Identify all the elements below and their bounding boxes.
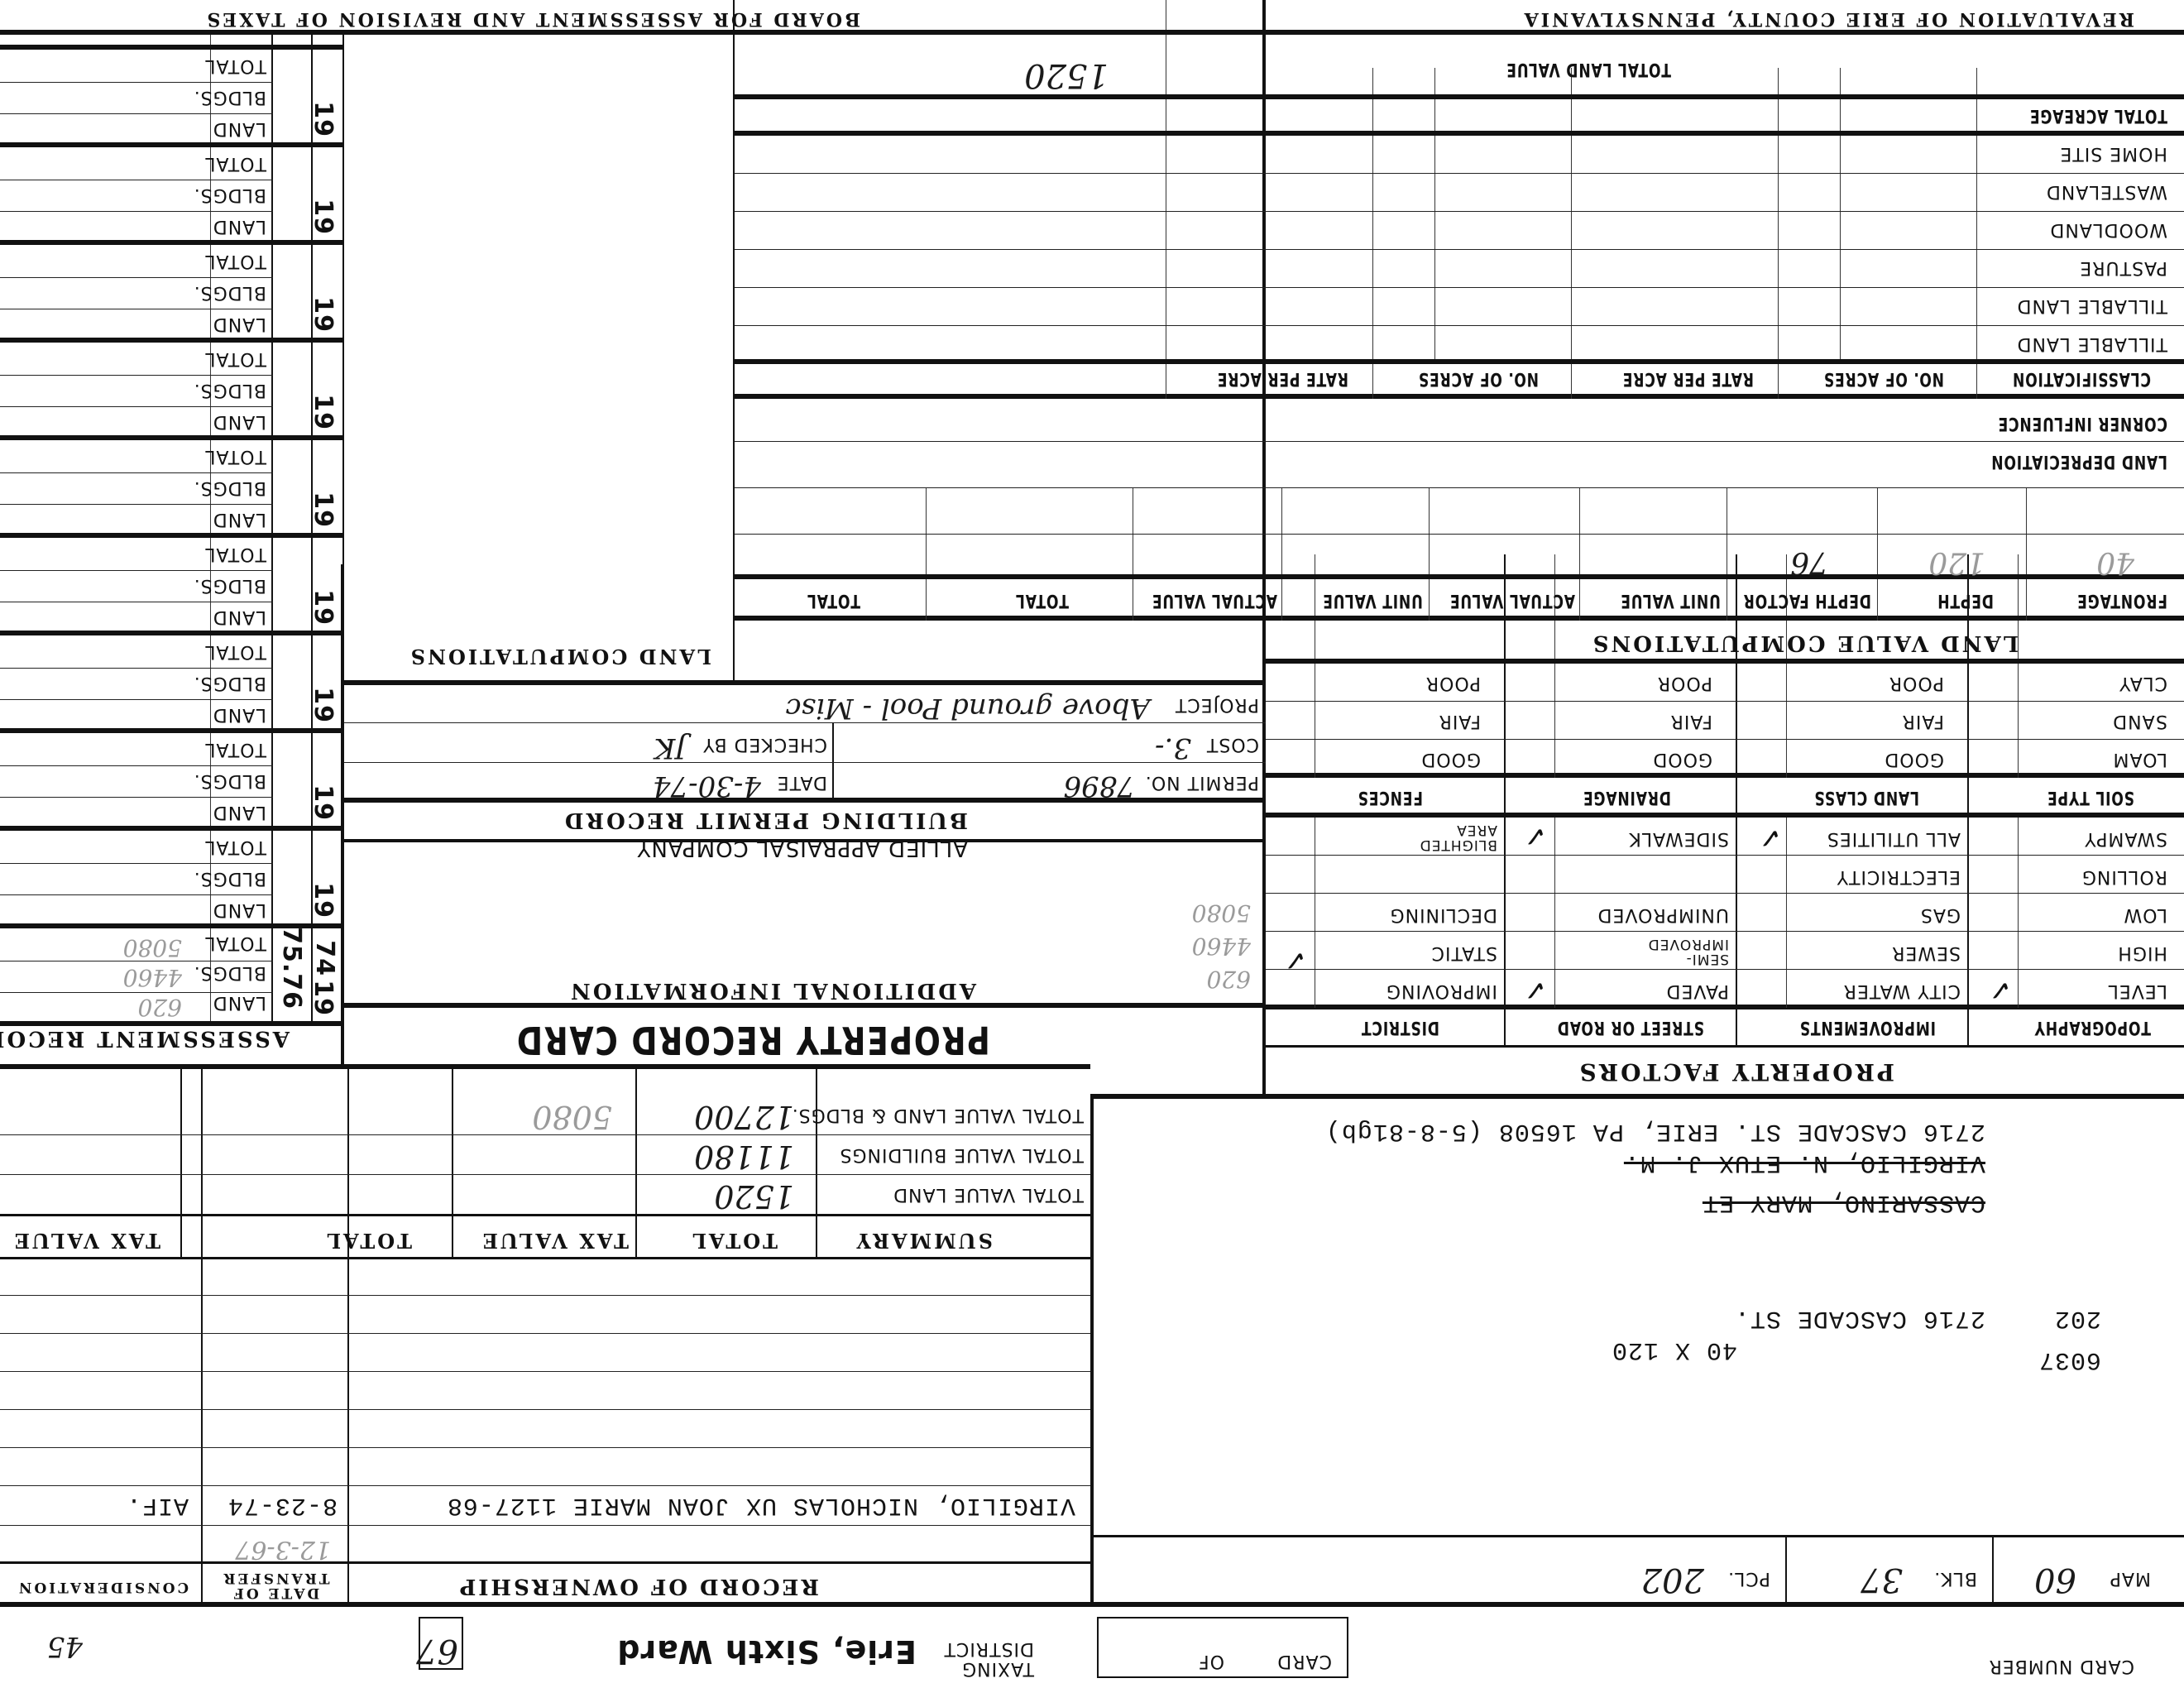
divider xyxy=(0,1257,1090,1259)
checked-by-value: JK xyxy=(654,731,687,765)
lv-header: FRONTAGE xyxy=(2076,590,2167,611)
divider xyxy=(0,180,273,180)
pf-column-header: IMPROVEMENTS xyxy=(1799,1017,1936,1038)
summary-total: 12700 xyxy=(694,1099,794,1135)
assessment-year-prefix: 19 xyxy=(309,101,338,137)
pf-improvements-electricity: ELECTRICITY xyxy=(1837,866,1961,887)
assessment-year-prefix: 19 xyxy=(309,589,338,626)
assessment-label: TOTAL xyxy=(204,251,266,271)
summary-total: 11180 xyxy=(694,1139,794,1175)
divider xyxy=(0,82,273,83)
assessment-label: LAND xyxy=(213,607,266,627)
divider xyxy=(0,728,344,733)
check-icon[interactable]: ✓ xyxy=(1524,973,1548,1006)
summary-row-label: TOTAL VALUE LAND xyxy=(893,1184,1084,1205)
divider xyxy=(0,1333,1090,1334)
assessment-label: LAND xyxy=(213,899,266,920)
assessment-year-prefix: 19 xyxy=(309,296,338,333)
project-value: Above ground Pool - Misc xyxy=(786,692,1150,725)
summary-header: TAX VALUE xyxy=(12,1229,160,1253)
divider xyxy=(344,1003,1266,1008)
divider xyxy=(1429,488,1430,621)
divider xyxy=(1133,488,1133,621)
divider xyxy=(733,0,735,621)
assessment-year-prefix: 19 xyxy=(309,784,338,821)
divider xyxy=(0,992,273,993)
pf-street-unimproved: UNIMPROVED xyxy=(1597,904,1729,925)
divider xyxy=(0,1371,1090,1372)
divider xyxy=(0,765,273,766)
acreage-row-label: WOODLAND xyxy=(2049,219,2167,240)
pcl-label: PCL. xyxy=(1727,1568,1770,1589)
pf-street-sidewalk: SIDEWALK xyxy=(1628,828,1729,849)
drainage-good: GOOD xyxy=(1652,749,1712,770)
pf-district-declining: DECLINING xyxy=(1390,904,1497,925)
divider xyxy=(342,35,344,1069)
pf-column-header: SOIL TYPE xyxy=(2047,787,2134,808)
divider xyxy=(0,1174,1090,1175)
land-class-good: GOOD xyxy=(1884,749,1944,770)
assessment-label: TOTAL xyxy=(204,641,266,662)
divider xyxy=(1094,1535,2184,1537)
assessment-label: BLDGS. xyxy=(194,185,266,205)
pf-topography-level: LEVEL xyxy=(2108,981,2167,1001)
pf-improvements-gas: GAS xyxy=(1920,904,1961,925)
divider xyxy=(1266,969,2184,970)
soil-loam: LOAM xyxy=(2113,749,2167,770)
assessment-label: LAND xyxy=(213,802,266,822)
divider xyxy=(1266,893,2184,894)
acreage-header: NO. OF ACRES xyxy=(1823,368,1944,389)
divider xyxy=(735,211,2184,212)
additional-note: 620 xyxy=(1207,966,1251,993)
divider xyxy=(635,1069,637,1259)
summary-header: TAX VALUE xyxy=(481,1229,629,1253)
pcl-value: 202 xyxy=(1641,1561,1704,1599)
assessment-label: BLDGS. xyxy=(194,282,266,303)
parcel-number: 202 xyxy=(2054,1304,2101,1332)
divider xyxy=(344,762,1266,763)
divider xyxy=(1785,1537,1787,1607)
divider xyxy=(0,1214,1090,1216)
acreage-row-label: PASTURE xyxy=(2079,257,2167,278)
land-computations-label: LAND COMPUTATIONS xyxy=(409,645,711,669)
check-icon[interactable]: ✓ xyxy=(1284,943,1308,976)
date-value: 4-30-74 xyxy=(653,770,761,803)
assessment-label: TOTAL xyxy=(204,544,266,564)
divider xyxy=(926,488,927,621)
divider xyxy=(1372,68,1373,399)
divider xyxy=(0,240,344,245)
divider xyxy=(1262,0,1266,1099)
assessment-year: 74 xyxy=(310,940,339,976)
divider xyxy=(735,394,2184,399)
date-label: DATE xyxy=(777,772,827,793)
property-record-card-title: PROPERTY RECORD CARD xyxy=(515,1018,990,1062)
assessment-label: LAND xyxy=(213,704,266,725)
project-label: PROJECT xyxy=(1175,694,1259,715)
board-title: BOARD FOR ASSESSMENT AND REVISION OF TAX… xyxy=(204,8,860,30)
acreage-header: CLASSIFICATION xyxy=(2012,368,2151,389)
lv-header: TOTAL xyxy=(807,590,860,611)
total-land-value-label: TOTAL LAND VALUE xyxy=(1506,59,1671,79)
divider xyxy=(0,699,273,700)
assessment-label: TOTAL xyxy=(204,837,266,857)
assessment-total-label: TOTAL xyxy=(204,933,266,953)
fences-good: GOOD xyxy=(1420,749,1481,770)
divider xyxy=(0,602,273,602)
divider xyxy=(735,325,2184,326)
divider xyxy=(344,680,1266,685)
assessment-label: TOTAL xyxy=(204,446,266,467)
assessment-label: LAND xyxy=(213,509,266,530)
divider xyxy=(1727,488,1727,621)
summary-row-label: TOTAL VALUE BUILDINGS xyxy=(840,1144,1084,1165)
check-icon[interactable]: ✓ xyxy=(1989,973,2013,1006)
lv-depth: 120 xyxy=(1928,545,1985,579)
assessment-label: LAND xyxy=(213,314,266,334)
checked-by-label: CHECKED BY xyxy=(702,734,827,755)
divider xyxy=(1266,659,2184,664)
pf-street-paved: PAVED xyxy=(1666,981,1729,1001)
divider xyxy=(735,131,2184,136)
divider xyxy=(271,35,273,1026)
divider xyxy=(1579,488,1580,621)
assessment-label: BLDGS. xyxy=(194,868,266,889)
divider xyxy=(1434,68,1435,364)
divider xyxy=(735,287,2184,288)
property-factors-title: PROPERTY FACTORS xyxy=(1578,1058,1894,1086)
divider xyxy=(1315,818,1315,1008)
assessment-year-prefix: 19 xyxy=(309,492,338,528)
owner-line: 2716 CASCADE ST. ERIE, PA 16508 (5-8-81g… xyxy=(1325,1117,1985,1145)
divider xyxy=(735,94,2184,99)
blk-value: 37 xyxy=(1861,1561,1903,1599)
pf-column-header: DISTRICT xyxy=(1361,1017,1439,1038)
boxed-number-value: 67 xyxy=(416,1632,458,1670)
acreage-row-label: WASTELAND xyxy=(2046,181,2167,202)
divider xyxy=(832,723,834,803)
divider xyxy=(1504,554,1506,1048)
acreage-header: RATE PER ACRE xyxy=(1217,368,1348,389)
additional-note: 5080 xyxy=(1192,899,1251,927)
divider xyxy=(1266,1045,2184,1048)
land-value-title: LAND VALUE COMPUTATIONS xyxy=(1591,631,2019,655)
divider xyxy=(0,797,273,798)
assessment-land-label: LAND xyxy=(213,992,266,1013)
divider xyxy=(0,435,344,440)
soil-clay: CLAY xyxy=(2119,673,2167,693)
divider xyxy=(1266,813,2184,818)
pf-column-header: LAND CLASS xyxy=(1814,787,1919,808)
divider xyxy=(816,1069,817,1259)
fences-fair: FAIR xyxy=(1439,711,1481,731)
divider xyxy=(347,1069,349,1607)
divider xyxy=(0,113,273,114)
lv-header: DEPTH FACTOR xyxy=(1743,590,1871,611)
divider xyxy=(0,375,273,376)
assessment-label: BLDGS. xyxy=(194,380,266,400)
divider xyxy=(735,249,2184,250)
total-land-value: 1520 xyxy=(1024,56,1109,94)
pf-column-header: FENCES xyxy=(1358,787,1423,808)
divider xyxy=(1090,1098,1094,1607)
consideration-header: CONSIDERATION xyxy=(17,1579,189,1595)
divider xyxy=(1266,855,2184,856)
blk-label: BLK. xyxy=(1933,1568,1977,1589)
divider xyxy=(1266,931,2184,932)
divider xyxy=(1786,554,1787,778)
divider xyxy=(1554,554,1555,778)
divider xyxy=(0,1525,1090,1526)
divider xyxy=(735,487,2184,488)
pf-column-header: TOPOGRAPHY xyxy=(2034,1017,2151,1038)
pf-street-semi-improved: SEMI-IMPROVED xyxy=(1630,937,1729,966)
drainage-poor: POOR xyxy=(1657,673,1712,693)
owner-line: VIRGILIO, N. ETUX J. M. xyxy=(1624,1149,1985,1177)
divider xyxy=(1090,1094,2184,1099)
divider xyxy=(1976,68,1977,399)
divider xyxy=(0,533,344,538)
acreage-row-label: HOME SITE xyxy=(2059,143,2167,164)
divider xyxy=(1571,68,1572,399)
assessment-label: LAND xyxy=(213,411,266,432)
divider xyxy=(0,570,273,571)
divider xyxy=(1786,818,1787,1008)
assessment-label: BLDGS. xyxy=(194,87,266,108)
transfer-date: 8-23-74 xyxy=(227,1491,338,1519)
taxing-district-label: TAXING DISTRICT xyxy=(927,1638,1034,1678)
divider xyxy=(1266,773,2184,778)
additional-info-title: ADDITIONAL INFORMATION xyxy=(568,978,976,1003)
assessment-rate: 75.76 xyxy=(277,927,306,1009)
divider xyxy=(0,668,273,669)
assessment-year-prefix: 19 xyxy=(309,980,338,1016)
assessment-land-value: 620 xyxy=(138,994,182,1021)
assessment-bldgs-value: 4460 xyxy=(123,964,182,991)
pf-district-static: STATIC xyxy=(1431,942,1497,963)
divider xyxy=(0,1021,344,1026)
divider xyxy=(0,30,2184,35)
pf-district-blighted-area: BLIGHTED AREA xyxy=(1406,822,1497,852)
consideration-value: AIF. xyxy=(126,1491,189,1519)
pf-improvements-all-utilities: ALL UTILITIES xyxy=(1827,828,1961,849)
lv-header: DEPTH xyxy=(1937,590,1994,611)
divider xyxy=(735,441,2184,442)
card-number-label: CARD NUMBER xyxy=(1989,1655,2134,1676)
assessment-year-prefix: 19 xyxy=(309,394,338,430)
assessment-label: TOTAL xyxy=(204,739,266,760)
corner-mark: 45 xyxy=(47,1630,83,1663)
land-class-poor: POOR xyxy=(1889,673,1944,693)
divider xyxy=(0,863,273,864)
pf-topography-low: LOW xyxy=(2123,904,2167,925)
fences-poor: POOR xyxy=(1425,673,1481,693)
divider xyxy=(0,472,273,473)
divider xyxy=(0,142,344,147)
pf-topography-high: HIGH xyxy=(2117,942,2167,963)
acreage-row-label: TILLABLE LAND xyxy=(2017,333,2167,354)
map-label: MAP xyxy=(2110,1568,2151,1589)
divider xyxy=(735,173,2184,174)
lv-header: UNIT VALUE xyxy=(1620,590,1721,611)
divider xyxy=(1166,0,1166,399)
pf-district-improving: IMPROVING xyxy=(1386,981,1497,1001)
lv-depth-factor: 76 xyxy=(1790,545,1828,579)
lv-frontage: 40 xyxy=(2096,545,2134,579)
pf-topography-swampy: SWAMPY xyxy=(2084,828,2167,849)
divider xyxy=(0,211,273,212)
divider xyxy=(733,619,735,685)
divider xyxy=(735,359,2184,364)
divider xyxy=(1315,554,1315,778)
corner-influence-label: CORNER INFLUENCE xyxy=(1998,413,2167,434)
lv-header: ACTUAL VALUE xyxy=(1449,590,1575,611)
assessment-label: BLDGS. xyxy=(194,477,266,498)
assessment-label: BLDGS. xyxy=(194,575,266,596)
owner-record: VIRGILIO, NICHOLAS UX JOAN MARIE 1127-68 xyxy=(447,1491,1075,1519)
property-record-card: CARD NUMBER CARD OF TAXING DISTRICT Erie… xyxy=(0,0,2184,1688)
cost-label: COST xyxy=(1206,734,1259,755)
owner-line: CASSARINO, MARY ET xyxy=(1703,1188,1985,1216)
divider xyxy=(0,309,273,309)
total-acreage-label: TOTAL ACREAGE xyxy=(2029,105,2167,126)
divider xyxy=(1778,68,1779,399)
divider xyxy=(0,826,344,831)
assessment-label: TOTAL xyxy=(204,348,266,369)
assessment-label: BLDGS. xyxy=(194,770,266,791)
check-icon[interactable]: ✓ xyxy=(1524,819,1548,852)
divider xyxy=(0,504,273,505)
divider xyxy=(180,1069,182,1259)
summary-total: 1520 xyxy=(714,1178,794,1215)
building-permit-title: BUILDING PERMIT RECORD xyxy=(563,808,968,832)
card-of-card-label: CARD xyxy=(1276,1651,1332,1671)
property-address: 2716 CASCADE ST. xyxy=(1734,1304,1985,1332)
taxing-district-value: Erie, Sixth Ward xyxy=(616,1633,917,1670)
pf-column-header: STREET OR ROAD xyxy=(1557,1017,1704,1038)
summary-header: TOTAL xyxy=(690,1229,778,1253)
soil-sand: SAND xyxy=(2112,711,2167,731)
divider xyxy=(735,534,2184,535)
divider xyxy=(201,1069,203,1607)
divider xyxy=(1967,554,1969,1048)
divider xyxy=(311,35,313,1026)
divider xyxy=(452,1069,453,1259)
assessment-bldgs-label: BLDGS. xyxy=(194,962,266,983)
lv-header: TOTAL xyxy=(1015,590,1069,611)
divider xyxy=(0,923,344,928)
land-class-fair: FAIR xyxy=(1902,711,1944,731)
assessment-label: BLDGS. xyxy=(194,673,266,693)
divider xyxy=(0,338,344,343)
divider xyxy=(0,1409,1090,1410)
divider xyxy=(1266,739,2184,740)
divider xyxy=(2026,488,2027,621)
lv-header: UNIT VALUE xyxy=(1322,590,1423,611)
summary-tax-value: 5080 xyxy=(532,1099,612,1135)
divider xyxy=(0,1064,1090,1069)
assessment-label: TOTAL xyxy=(204,55,266,76)
divider xyxy=(1877,488,1878,621)
pf-improvements-sewer: SEWER xyxy=(1891,942,1961,963)
cost-value: 3.- xyxy=(1155,731,1191,765)
divider xyxy=(2018,554,2019,778)
summary-header: SUMMARY xyxy=(855,1229,993,1253)
divider xyxy=(1840,68,1841,364)
assessment-total-value: 5080 xyxy=(123,934,182,961)
divider xyxy=(0,1447,1090,1448)
lot-dimensions: 40 X 120 xyxy=(1612,1336,1737,1364)
divider xyxy=(1554,818,1555,1008)
divider xyxy=(1992,1537,1994,1607)
permit-no-label: PERMIT NO. xyxy=(1145,772,1259,793)
assessment-year-prefix: 19 xyxy=(309,882,338,918)
assessment-year-prefix: 19 xyxy=(309,199,338,235)
divider xyxy=(735,616,2184,621)
divider xyxy=(0,277,273,278)
summary-row-label: TOTAL VALUE LAND & BLDGS. xyxy=(792,1105,1084,1125)
drainage-fair: FAIR xyxy=(1670,711,1712,731)
pf-improvements-city-water: CITY WATER xyxy=(1843,981,1961,1001)
ownership-title: RECORD OF OWNERSHIP xyxy=(457,1574,819,1599)
acreage-header: RATE PER ACRE xyxy=(1622,368,1754,389)
assessment-year-prefix: 19 xyxy=(309,687,338,723)
acreage-row-label: TILLABLE LAND xyxy=(2017,295,2167,316)
check-icon[interactable]: ✓ xyxy=(1759,821,1783,854)
divider xyxy=(0,1561,1090,1564)
account-number: 6037 xyxy=(2038,1345,2101,1374)
land-depreciation-label: LAND DEPRECIATION xyxy=(1990,451,2167,472)
assessment-label: TOTAL xyxy=(204,153,266,174)
divider xyxy=(1266,701,2184,702)
divider xyxy=(344,839,1266,842)
transfer-date: 12-3-67 xyxy=(235,1535,331,1564)
divider xyxy=(1736,554,1737,1048)
revaluation-title: REVALUATION OF ERIE COUNTY, PENNSYLVANIA xyxy=(1522,8,2134,30)
divider xyxy=(0,45,344,50)
divider xyxy=(0,631,344,635)
lv-header: ACTUAL VALUE xyxy=(1152,590,1277,611)
date-of-transfer-header: DATE OF TRANSFER xyxy=(213,1571,338,1600)
map-value: 60 xyxy=(2034,1561,2076,1599)
acreage-header: NO. OF ACRES xyxy=(1418,368,1539,389)
divider xyxy=(0,1485,1090,1486)
summary-header: TOTAL xyxy=(324,1229,412,1253)
divider xyxy=(2018,818,2019,1008)
assessment-label: LAND xyxy=(213,216,266,237)
divider xyxy=(0,1295,1090,1296)
divider xyxy=(0,894,273,895)
divider xyxy=(0,406,273,407)
pf-column-header: DRAINAGE xyxy=(1583,787,1671,808)
pf-topography-rolling: ROLLING xyxy=(2081,866,2167,887)
divider xyxy=(1266,1005,2184,1009)
card-of-of-label: OF xyxy=(1198,1651,1224,1671)
permit-no-value: 7896 xyxy=(1063,770,1135,803)
assessment-label: LAND xyxy=(213,118,266,139)
divider xyxy=(1281,488,1282,621)
additional-note: 4460 xyxy=(1192,933,1251,960)
assessment-record-title: ASSESSMENT RECORD xyxy=(0,1026,290,1051)
